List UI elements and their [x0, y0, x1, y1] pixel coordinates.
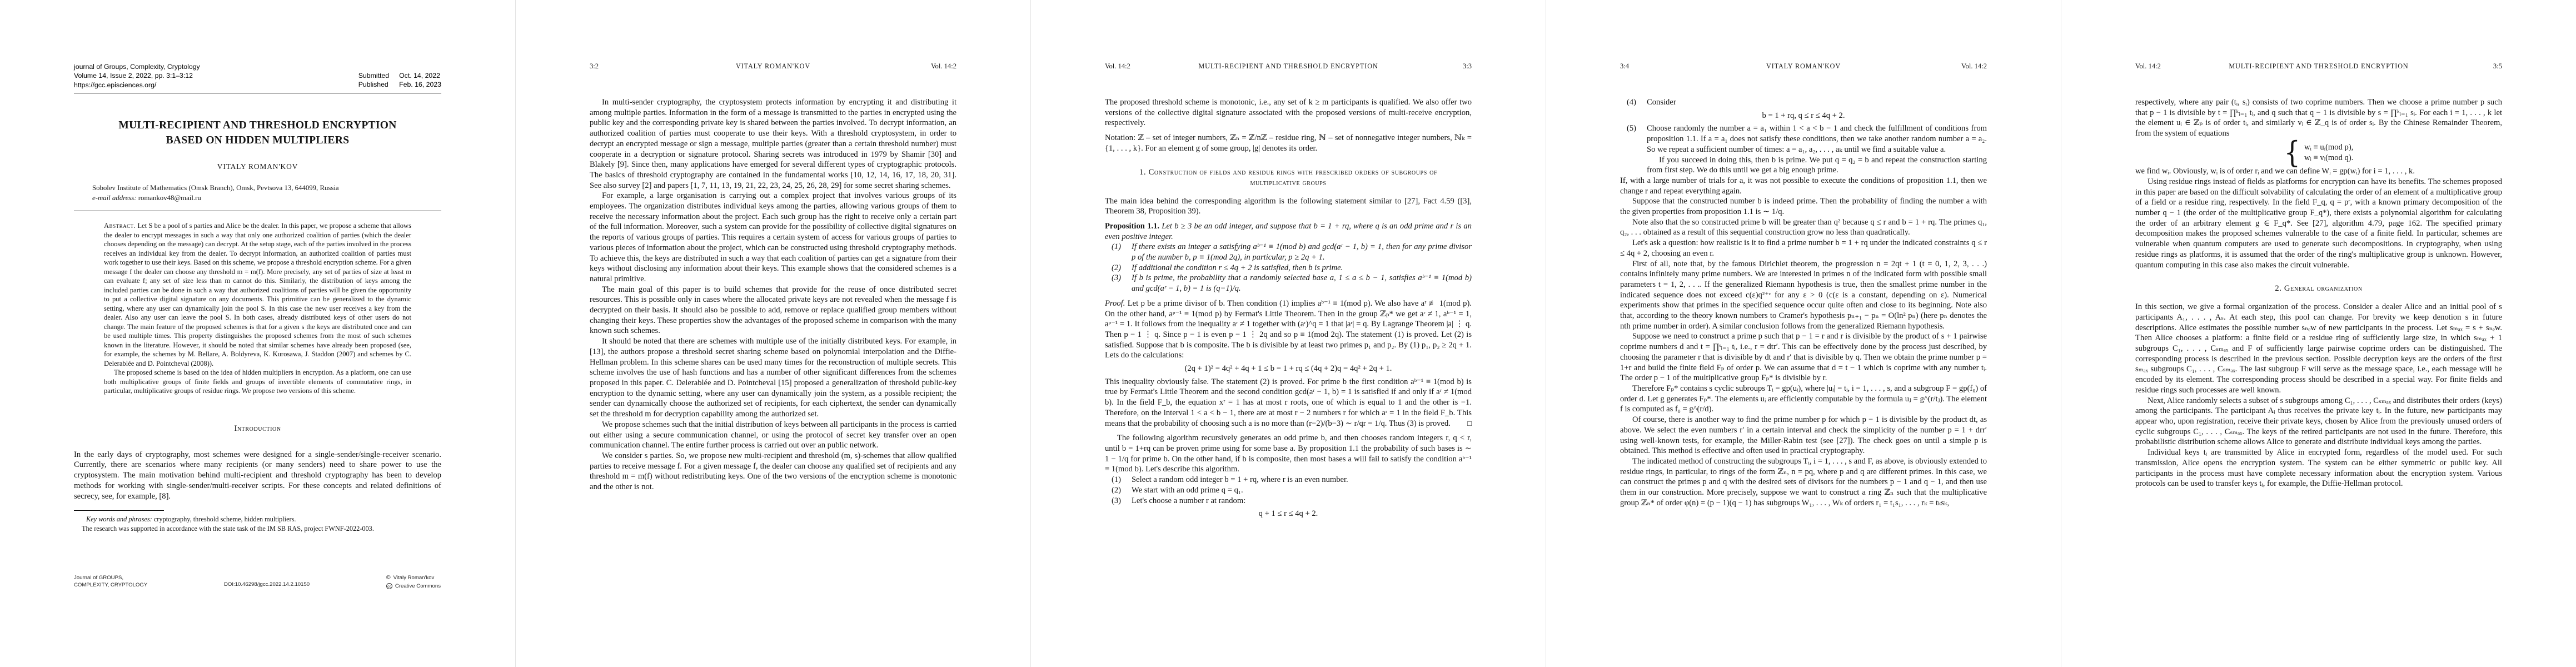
- journal-header: journal of Groups, Complexity, Cryptolog…: [74, 62, 441, 89]
- footer-journal-line2: COMPLEXITY, CRYPTOLOGY: [74, 581, 147, 589]
- paragraph: The main goal of this paper is to build …: [590, 285, 956, 337]
- algorithm-step: (5) Choose randomly the number a = a₁ wi…: [1620, 123, 1987, 155]
- equation-line: wᵢ ≡ uᵢ(mod p),: [2304, 142, 2353, 153]
- paragraph: respectively, where any pair (tᵢ, sᵢ) co…: [2135, 97, 2502, 139]
- paragraph: Therefore Fₚ* contains s cyclic subroups…: [1620, 384, 1987, 415]
- creative-commons-icon: cc: [386, 583, 392, 589]
- submitted-date: Oct. 14, 2022: [399, 71, 441, 80]
- paragraph: Using residue rings instead of fields as…: [2135, 177, 2502, 270]
- display-equation: (2q + 1)² = 4q² + 4q + 1 ≤ b = 1 + rq ≤ …: [1105, 364, 1472, 374]
- paragraph: In multi-sender cryptography, the crypto…: [590, 97, 956, 191]
- running-head: 3:4 VITALY ROMAN'KOV Vol. 14:2: [1620, 62, 1987, 71]
- brace-glyph: {: [2284, 147, 2300, 159]
- item-text: Let's choose a number r at random:: [1132, 496, 1245, 505]
- paragraph: In this section, we give a formal organi…: [2135, 302, 2502, 395]
- proposition-item: (3) If b is prime, the probability that …: [1105, 273, 1472, 293]
- item-number: (5): [1627, 123, 1636, 134]
- paragraph: It should be noted that there are scheme…: [590, 336, 956, 420]
- abstract-label: Abstract.: [104, 222, 136, 230]
- footer-journal: Journal of GROUPS, COMPLEXITY, CRYPTOLOG…: [74, 574, 147, 589]
- paragraph: The indicated method of constructing the…: [1620, 456, 1987, 509]
- display-equation: q + 1 ≤ r ≤ 4q + 2.: [1105, 509, 1472, 519]
- item-text: Choose randomly the number a = a₁ within…: [1647, 124, 1987, 153]
- proof-text: Let p be a prime divisor of b. Then cond…: [1105, 299, 1472, 360]
- proposition-item: (1) If there exists an integer a satisfy…: [1105, 242, 1472, 262]
- paragraph: Individual keys tᵢ are transmitted by Al…: [2135, 447, 2502, 489]
- item-number: (4): [1627, 97, 1636, 108]
- submission-dates: Submitted Oct. 14, 2022 Published Feb. 1…: [358, 71, 441, 89]
- running-head: Vol. 14:2 MULTI-RECIPIENT AND THRESHOLD …: [2135, 62, 2502, 71]
- proposition-item: (2) If additional the condition r ≤ 4q +…: [1105, 263, 1472, 273]
- paragraph: In the early days of cryptography, most …: [74, 450, 441, 502]
- page-number: 3:4: [1620, 62, 1766, 71]
- paper-title-line1: MULTI-RECIPIENT AND THRESHOLD ENCRYPTION: [74, 118, 441, 133]
- introduction-heading: Introduction: [74, 424, 441, 434]
- item-text: If additional the condition r ≤ 4q + 2 i…: [1132, 263, 1343, 272]
- volume-label: Vol. 14:2: [810, 62, 956, 71]
- page-footer: Journal of GROUPS, COMPLEXITY, CRYPTOLOG…: [74, 574, 441, 591]
- paragraph: The main idea behind the corresponding a…: [1105, 196, 1472, 217]
- page-4: 3:4 VITALY ROMAN'KOV Vol. 14:2 (4) Consi…: [1546, 0, 2061, 667]
- item-number: (2): [1112, 485, 1121, 496]
- paragraph: First of all, note that, by the famous D…: [1620, 259, 1987, 332]
- volume-label: Vol. 14:2: [1841, 62, 1987, 71]
- page-1: journal of Groups, Complexity, Cryptolog…: [0, 0, 515, 667]
- journal-volume: Volume 14, Issue 2, 2022, pp. 3:1–3:12: [74, 71, 200, 80]
- title-divider: [74, 211, 441, 211]
- running-title: MULTI-RECIPIENT AND THRESHOLD ENCRYPTION: [1198, 62, 1378, 71]
- item-number: (1): [1112, 475, 1121, 485]
- affiliation: Sobolev Institute of Mathematics (Omsk B…: [92, 183, 441, 193]
- page-number: 3:3: [1378, 62, 1472, 71]
- journal-info: journal of Groups, Complexity, Cryptolog…: [74, 62, 200, 89]
- submitted-label: Submitted: [358, 71, 389, 80]
- algorithm-step: (2) We start with an odd prime q = q₁.: [1105, 485, 1472, 496]
- journal-name: journal of Groups, Complexity, Cryptolog…: [74, 62, 200, 71]
- volume-label: Vol. 14:2: [1105, 62, 1198, 71]
- paragraph: We consider s parties. So, we propose ne…: [590, 451, 956, 492]
- footnote-rule: [74, 510, 164, 511]
- item-number: (3): [1112, 496, 1121, 506]
- paragraph: This inequality obviously false. The sta…: [1105, 377, 1472, 429]
- running-title: VITALY ROMAN'KOV: [736, 62, 810, 71]
- proposition-text: Let b ≥ 3 be an odd integer, and suppose…: [1105, 222, 1472, 241]
- item-text: If there exists an integer a satisfying …: [1132, 242, 1472, 262]
- doi-link[interactable]: DOI:10.46298/jgcc.2022.14.2.10150: [224, 581, 310, 588]
- paragraph: If you succeed in doing this, then b is …: [1620, 155, 1987, 176]
- page-number: 3:5: [2409, 62, 2502, 71]
- paragraph: If, with a large number of trials for a,…: [1620, 176, 1987, 196]
- proposition: Proposition 1.1. Let b ≥ 3 be an odd int…: [1105, 221, 1472, 242]
- license-label[interactable]: Creative Commons: [395, 583, 441, 590]
- equation-line: wᵢ ≡ vᵢ(mod q).: [2304, 153, 2353, 163]
- header-divider: [74, 93, 441, 93]
- proof-label: Proof.: [1105, 299, 1125, 308]
- page-number: 3:2: [590, 62, 736, 71]
- published-date: Feb. 16, 2023: [399, 80, 441, 89]
- published-label: Published: [358, 80, 389, 89]
- algorithm-step: (4) Consider: [1620, 97, 1987, 108]
- abstract: Abstract. Let S be a pool of s parties a…: [104, 221, 411, 396]
- item-text: We start with an odd prime q = q₁.: [1132, 486, 1243, 495]
- running-title: MULTI-RECIPIENT AND THRESHOLD ENCRYPTION: [2229, 62, 2408, 71]
- display-equation: b = 1 + rq, q ≤ r ≤ 4q + 2.: [1620, 111, 1987, 121]
- algorithm-step: (3) Let's choose a number r at random:: [1105, 496, 1472, 506]
- paragraph: For example, a large organisation is car…: [590, 191, 956, 284]
- notation-paragraph: Notation: ℤ – set of integer numbers, ℤₙ…: [1105, 133, 1472, 153]
- paragraph: We propose schemes such that the initial…: [590, 420, 956, 451]
- item-number: (2): [1112, 263, 1121, 273]
- author-name: VITALY ROMAN'KOV: [74, 162, 441, 171]
- funding-note: The research was supported in accordance…: [74, 524, 441, 534]
- footnote-block: Key words and phrases: cryptography, thr…: [74, 510, 441, 533]
- section-2-heading: 2. General organization: [2158, 283, 2480, 294]
- running-head: 3:2 VITALY ROMAN'KOV Vol. 14:2: [590, 62, 956, 71]
- volume-label: Vol. 14:2: [2135, 62, 2229, 71]
- page-5: Vol. 14:2 MULTI-RECIPIENT AND THRESHOLD …: [2061, 0, 2576, 667]
- email-link[interactable]: romankov48@mail.ru: [138, 194, 201, 202]
- paper-title: MULTI-RECIPIENT AND THRESHOLD ENCRYPTION…: [74, 118, 441, 148]
- paragraph: Suppose that the constructed number b is…: [1620, 196, 1987, 217]
- item-text: If b is prime, the probability that a ra…: [1132, 273, 1472, 293]
- item-number: (1): [1112, 242, 1121, 252]
- abstract-text-2: The proposed scheme is based on the idea…: [104, 368, 411, 396]
- footer-journal-line1: Journal of GROUPS,: [74, 574, 147, 581]
- paragraph: Of course, there is another way to find …: [1620, 415, 1987, 456]
- proof: Proof. Let p be a prime divisor of b. Th…: [1105, 298, 1472, 361]
- copyright-icon: ©: [386, 574, 391, 581]
- item-text: Consider: [1647, 98, 1676, 107]
- paragraph: Note also that the so constructed prime …: [1620, 217, 1987, 238]
- section-1-heading: 1. Construction of fields and residue ri…: [1127, 167, 1449, 188]
- paper-title-line2: BASED ON HIDDEN MULTIPLIERS: [74, 133, 441, 148]
- keywords-label: Key words and phrases:: [86, 515, 152, 523]
- running-head: Vol. 14:2 MULTI-RECIPIENT AND THRESHOLD …: [1105, 62, 1472, 71]
- license-block: © Vitaly Roman'kov cc Creative Commons: [386, 574, 441, 591]
- item-number: (3): [1112, 273, 1121, 283]
- proposition-label: Proposition 1.1.: [1105, 222, 1159, 231]
- algorithm-step: (1) Select a random odd integer b = 1 + …: [1105, 475, 1472, 485]
- copyright-holder: Vitaly Roman'kov: [393, 574, 435, 581]
- email-label: e-mail address:: [92, 194, 137, 202]
- paragraph: we find wᵢ. Obviously, wᵢ is of order rᵢ…: [2135, 166, 2502, 177]
- paragraph: The proposed threshold scheme is monoton…: [1105, 97, 1472, 128]
- paragraph: Suppose we need to construct a prime p s…: [1620, 331, 1987, 384]
- page-3: Vol. 14:2 MULTI-RECIPIENT AND THRESHOLD …: [1030, 0, 1546, 667]
- running-title: VITALY ROMAN'KOV: [1766, 62, 1841, 71]
- equation-system: { wᵢ ≡ uᵢ(mod p), wᵢ ≡ vᵢ(mod q).: [2135, 142, 2502, 163]
- journal-url-link[interactable]: https://gcc.episciences.org/: [74, 81, 200, 89]
- page-2: 3:2 VITALY ROMAN'KOV Vol. 14:2 In multi-…: [515, 0, 1030, 667]
- paragraph: Let's ask a question: how realistic is i…: [1620, 238, 1987, 258]
- affiliation-block: Sobolev Institute of Mathematics (Omsk B…: [92, 183, 441, 203]
- paragraph: Next, Alice randomly selects a subset of…: [2135, 396, 2502, 448]
- item-text: Select a random odd integer b = 1 + rq, …: [1132, 475, 1348, 484]
- paragraph: The following algorithm recursively gene…: [1105, 433, 1472, 475]
- keywords-text: cryptography, threshold scheme, hidden m…: [152, 515, 296, 523]
- abstract-text-1: Let S be a pool of s parties and Alice b…: [104, 222, 411, 367]
